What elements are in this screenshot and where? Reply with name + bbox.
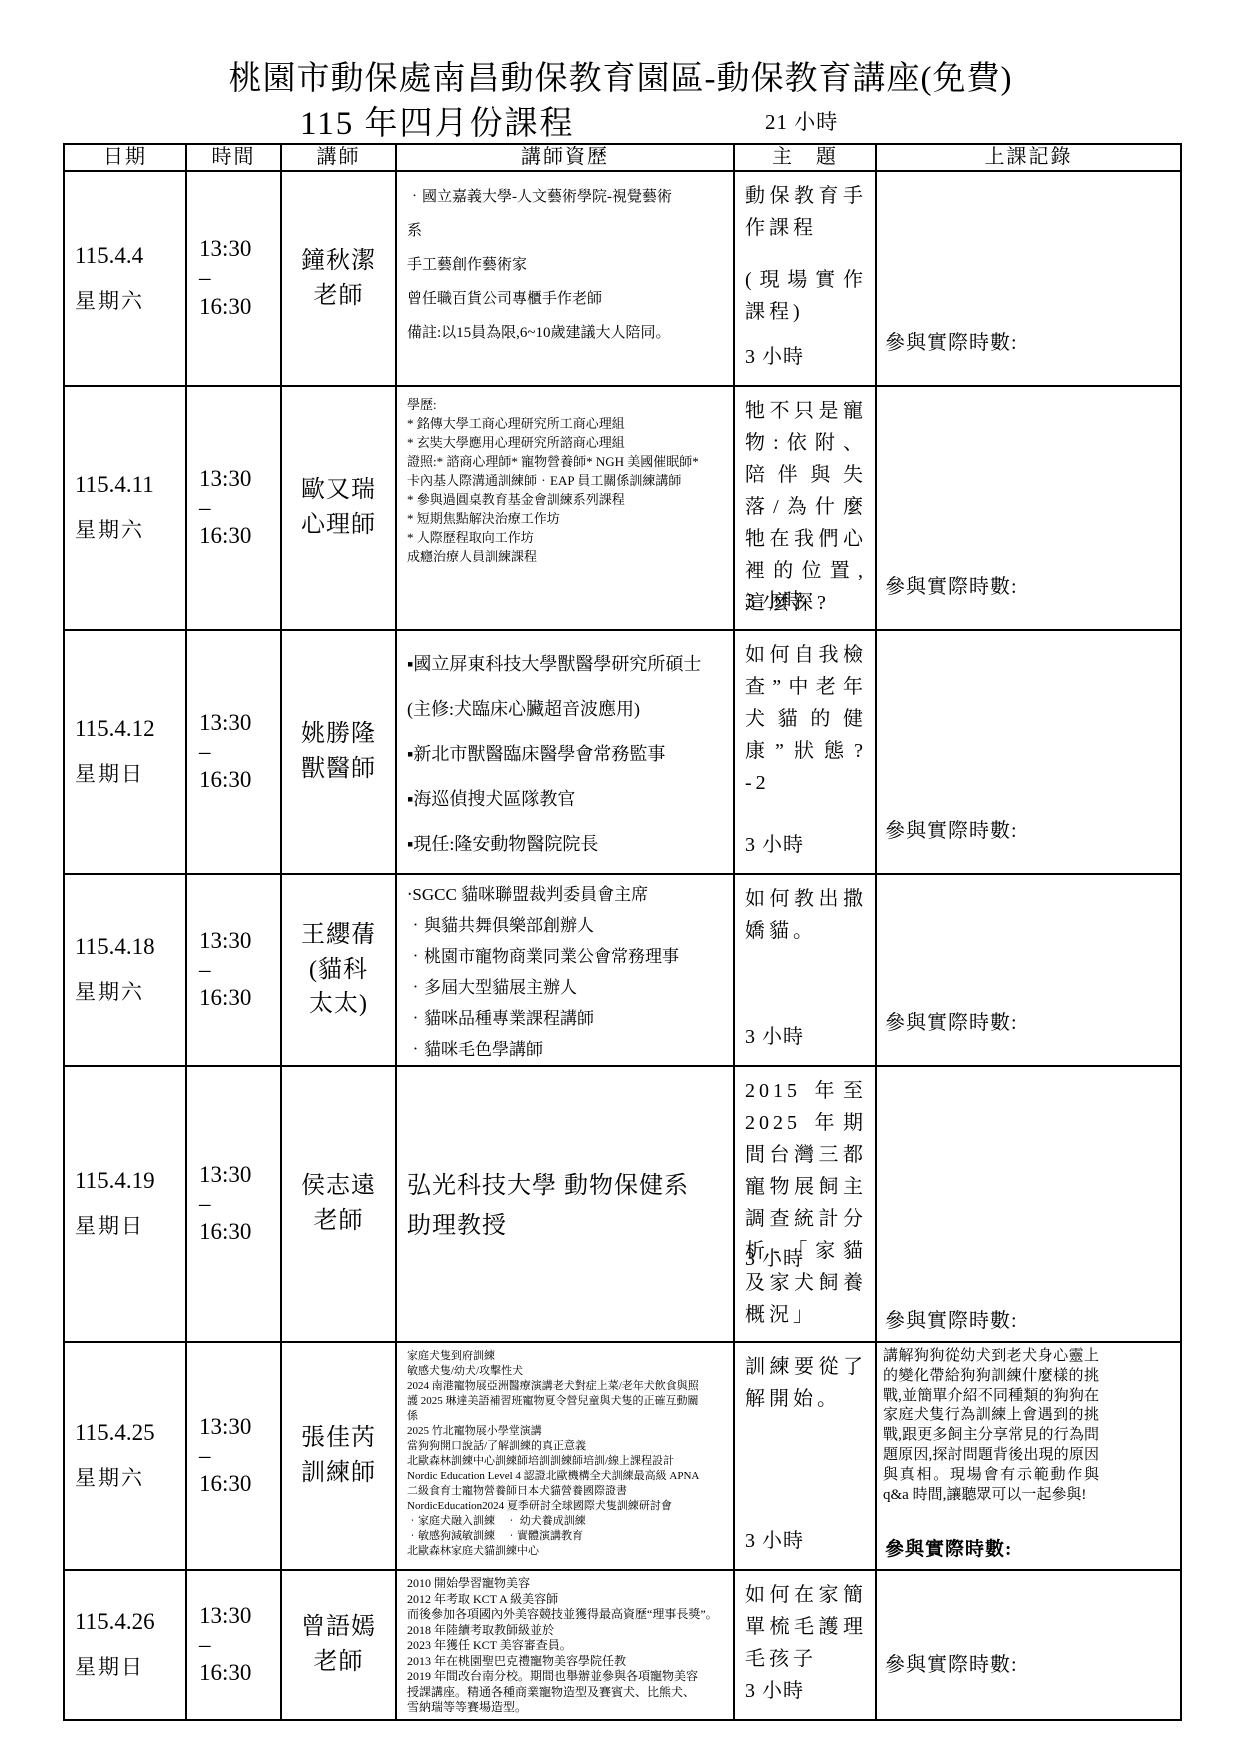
col-header-qualifications: 講師資歷 <box>396 144 734 171</box>
record-cell: 參與實際時數: <box>876 874 1181 1066</box>
record-label: 參與實際時數: <box>885 1648 1018 1677</box>
time-start: 13:30 <box>199 709 280 738</box>
qualifications-cell: ▪國立屏東科技大學獸醫學研究所碩士(主修:犬臨床心臟超音波應用)▪新北市獸醫臨床… <box>396 630 734 874</box>
page-subtitle: 115 年四月份課程 <box>300 97 575 144</box>
course-hours: 3 小時 <box>745 340 804 369</box>
topic-cell: 動保教育手作課程(現場實作課程) 3 小時 <box>734 171 876 386</box>
course-weekday: 星期六 <box>75 285 185 315</box>
date-cell: 115.4.11 星期六 <box>64 386 186 630</box>
record-cell: 參與實際時數: <box>876 1570 1181 1720</box>
record-label: 參與實際時數: <box>885 326 1018 355</box>
topic-text: 如何自我檢查”中老年犬貓的健康”狀態?-2 <box>745 639 867 799</box>
time-start: 13:30 <box>199 927 280 956</box>
table-row: 115.4.11 星期六 13:30 – 16:30 歐又瑞心理師 學歷:* 銘… <box>64 386 1181 630</box>
table-row: 115.4.26 星期日 13:30 – 16:30 曾語嫣老師 2010 開始… <box>64 1570 1181 1720</box>
course-weekday: 星期日 <box>75 758 185 788</box>
course-hours: 3 小時 <box>745 1524 804 1553</box>
time-end: 16:30 <box>199 766 280 795</box>
lecturer-name: 王纓蒨(貓科太太) <box>282 918 395 1022</box>
time-end: 16:30 <box>199 522 280 551</box>
course-hours: 3 小時 <box>745 1020 804 1049</box>
course-hours: 3 小時 <box>745 1242 804 1271</box>
course-hours: 3 小時 <box>745 828 804 857</box>
time-dash: – <box>199 264 280 293</box>
time-dash: – <box>199 1631 280 1660</box>
table-row: 115.4.18 星期六 13:30 – 16:30 王纓蒨(貓科太太) ‧SG… <box>64 874 1181 1066</box>
course-hours: 3 小時 <box>745 584 804 613</box>
table-row: 115.4.25 星期六 13:30 – 16:30 張佳芮訓練師 家庭犬隻到府… <box>64 1342 1181 1570</box>
record-note: 講解狗狗從幼犬到老犬身心靈上的變化帶給狗狗訓練什麼樣的挑戰,並簡單介紹不同種類的… <box>877 1343 1099 1505</box>
qualification-lines: 2010 開始學習寵物美容2012 年考取 KCT A 級美容師而後參加各項國內… <box>407 1576 731 1716</box>
topic-text: 訓練要從了解開始。 <box>745 1351 867 1415</box>
qualification-lines: 學歷:* 銘傳大學工商心理研究所工商心理組* 玄奘大學應用心理研究所諮商心理組證… <box>407 395 731 566</box>
lecturer-cell: 張佳芮訓練師 <box>281 1342 396 1570</box>
course-weekday: 星期日 <box>75 1651 185 1681</box>
time-cell: 13:30 – 16:30 <box>186 386 281 630</box>
time-start: 13:30 <box>199 1161 280 1190</box>
topic-text: 如何在家簡單梳毛護理毛孩子 <box>745 1579 867 1675</box>
time-end: 16:30 <box>199 984 280 1013</box>
page-title: 桃園市動保處南昌動保教育園區-動保教育講座(免費) <box>0 52 1241 99</box>
course-date: 115.4.4 <box>75 243 185 269</box>
course-date: 115.4.19 <box>75 1168 185 1194</box>
date-cell: 115.4.4 星期六 <box>64 171 186 386</box>
record-cell: 參與實際時數: <box>876 1066 1181 1342</box>
time-cell: 13:30 – 16:30 <box>186 1570 281 1720</box>
table-row: 115.4.4 星期六 13:30 – 16:30 鐘秋潔老師 ‧國立嘉義大學-… <box>64 171 1181 386</box>
topic-cell: 訓練要從了解開始。 3 小時 <box>734 1342 876 1570</box>
col-header-topic: 主 題 <box>734 144 876 171</box>
course-hours: 3 小時 <box>745 1674 804 1703</box>
qualification-lines: ‧國立嘉義大學-人文藝術學院-視覺藝術系手工藝創作藝術家曾任職百貨公司專櫃手作老… <box>407 180 731 350</box>
col-header-time: 時間 <box>186 144 281 171</box>
lecturer-cell: 曾語嫣老師 <box>281 1570 396 1720</box>
qualifications-cell: ‧SGCC 貓咪聯盟裁判委員會主席‧與貓共舞俱樂部創辦人‧桃園市寵物商業同業公會… <box>396 874 734 1066</box>
qualification-lines: ‧SGCC 貓咪聯盟裁判委員會主席‧與貓共舞俱樂部創辦人‧桃園市寵物商業同業公會… <box>407 879 731 1065</box>
time-dash: – <box>199 1190 280 1219</box>
topic-cell: 如何在家簡單梳毛護理毛孩子 3 小時 <box>734 1570 876 1720</box>
topic-text: 如何教出撒嬌貓。 <box>745 883 867 947</box>
topic-text: 動保教育手作課程(現場實作課程) <box>745 180 867 328</box>
date-cell: 115.4.25 星期六 <box>64 1342 186 1570</box>
course-date: 115.4.12 <box>75 716 185 742</box>
course-weekday: 星期日 <box>75 1210 185 1240</box>
time-end: 16:30 <box>199 1659 280 1688</box>
date-cell: 115.4.19 星期日 <box>64 1066 186 1342</box>
course-date: 115.4.18 <box>75 934 185 960</box>
lecturer-name: 歐又瑞心理師 <box>282 473 395 543</box>
time-dash: – <box>199 1442 280 1471</box>
time-start: 13:30 <box>199 1413 280 1442</box>
table-row: 115.4.12 星期日 13:30 – 16:30 姚勝隆獸醫師 ▪國立屏東科… <box>64 630 1181 874</box>
time-cell: 13:30 – 16:30 <box>186 630 281 874</box>
lecturer-cell: 侯志遠老師 <box>281 1066 396 1342</box>
time-dash: – <box>199 738 280 767</box>
record-cell: 參與實際時數: <box>876 630 1181 874</box>
lecturer-cell: 歐又瑞心理師 <box>281 386 396 630</box>
date-cell: 115.4.12 星期日 <box>64 630 186 874</box>
time-start: 13:30 <box>199 1602 280 1631</box>
lecturer-name: 姚勝隆獸醫師 <box>282 717 395 787</box>
course-weekday: 星期六 <box>75 976 185 1006</box>
time-start: 13:30 <box>199 235 280 264</box>
record-label: 參與實際時數: <box>885 1006 1018 1035</box>
time-dash: – <box>199 956 280 985</box>
qualification-lines: 家庭犬隻到府訓練敏感犬隻/幼犬/攻擊性犬2024 南港寵物展亞洲醫療演講老犬對症… <box>407 1349 731 1559</box>
time-cell: 13:30 – 16:30 <box>186 874 281 1066</box>
time-cell: 13:30 – 16:30 <box>186 1066 281 1342</box>
time-cell: 13:30 – 16:30 <box>186 1342 281 1570</box>
col-header-date: 日期 <box>64 144 186 171</box>
lecturer-name: 鐘秋潔老師 <box>282 244 395 314</box>
lecturer-cell: 王纓蒨(貓科太太) <box>281 874 396 1066</box>
lecturer-name: 曾語嫣老師 <box>282 1610 395 1680</box>
topic-cell: 2015 年至 2025 年期間台灣三都寵物展飼主調查統計分析-「家貓及家犬飼養… <box>734 1066 876 1342</box>
lecturer-name: 侯志遠老師 <box>282 1169 395 1239</box>
course-date: 115.4.11 <box>75 472 185 498</box>
date-cell: 115.4.18 星期六 <box>64 874 186 1066</box>
record-label: 參與實際時數: <box>885 1304 1018 1333</box>
header-row: 日期 時間 講師 講師資歷 主 題 上課記錄 <box>64 144 1181 171</box>
topic-text: 2015 年至 2025 年期間台灣三都寵物展飼主調查統計分析-「家貓及家犬飼養… <box>745 1075 867 1331</box>
course-weekday: 星期六 <box>75 514 185 544</box>
time-end: 16:30 <box>199 1470 280 1499</box>
qualifications-cell: 學歷:* 銘傳大學工商心理研究所工商心理組* 玄奘大學應用心理研究所諮商心理組證… <box>396 386 734 630</box>
record-label: 參與實際時數: <box>885 814 1018 843</box>
qualifications-cell: 弘光科技大學 動物保健系助理教授 <box>396 1066 734 1342</box>
total-hours: 21 小時 <box>765 106 838 136</box>
topic-cell: 如何教出撒嬌貓。 3 小時 <box>734 874 876 1066</box>
qualifications-cell: 家庭犬隻到府訓練敏感犬隻/幼犬/攻擊性犬2024 南港寵物展亞洲醫療演講老犬對症… <box>396 1342 734 1570</box>
col-header-lecturer: 講師 <box>281 144 396 171</box>
date-cell: 115.4.26 星期日 <box>64 1570 186 1720</box>
record-cell: 參與實際時數: <box>876 171 1181 386</box>
course-weekday: 星期六 <box>75 1462 185 1492</box>
qualification-lines: ▪國立屏東科技大學獸醫學研究所碩士(主修:犬臨床心臟超音波應用)▪新北市獸醫臨床… <box>407 642 731 867</box>
course-date: 115.4.25 <box>75 1420 185 1446</box>
table-row: 115.4.19 星期日 13:30 – 16:30 侯志遠老師 弘光科技大學 … <box>64 1066 1181 1342</box>
lecturer-cell: 姚勝隆獸醫師 <box>281 630 396 874</box>
lecturer-cell: 鐘秋潔老師 <box>281 171 396 386</box>
qualification-lines: 弘光科技大學 動物保健系助理教授 <box>407 1166 731 1246</box>
record-label: 參與實際時數: <box>885 570 1018 599</box>
qualifications-cell: 2010 開始學習寵物美容2012 年考取 KCT A 級美容師而後參加各項國內… <box>396 1570 734 1720</box>
time-dash: – <box>199 494 280 523</box>
qualifications-cell: ‧國立嘉義大學-人文藝術學院-視覺藝術系手工藝創作藝術家曾任職百貨公司專櫃手作老… <box>396 171 734 386</box>
course-table: 日期 時間 講師 講師資歷 主 題 上課記錄 115.4.4 星期六 13:30… <box>63 143 1182 1721</box>
record-label: 參與實際時數: <box>885 1534 1012 1561</box>
course-date: 115.4.26 <box>75 1609 185 1635</box>
record-cell: 參與實際時數: <box>876 386 1181 630</box>
col-header-record: 上課記錄 <box>876 144 1181 171</box>
time-start: 13:30 <box>199 465 280 494</box>
time-end: 16:30 <box>199 1218 280 1247</box>
record-cell: 講解狗狗從幼犬到老犬身心靈上的變化帶給狗狗訓練什麼樣的挑戰,並簡單介紹不同種類的… <box>876 1342 1181 1570</box>
topic-cell: 如何自我檢查”中老年犬貓的健康”狀態?-2 3 小時 <box>734 630 876 874</box>
time-end: 16:30 <box>199 293 280 322</box>
topic-cell: 牠不只是寵物:依附、陪伴與失落/為什麼牠在我們心裡的位置,這麼深? 3 小時 <box>734 386 876 630</box>
lecturer-name: 張佳芮訓練師 <box>282 1421 395 1491</box>
time-cell: 13:30 – 16:30 <box>186 171 281 386</box>
